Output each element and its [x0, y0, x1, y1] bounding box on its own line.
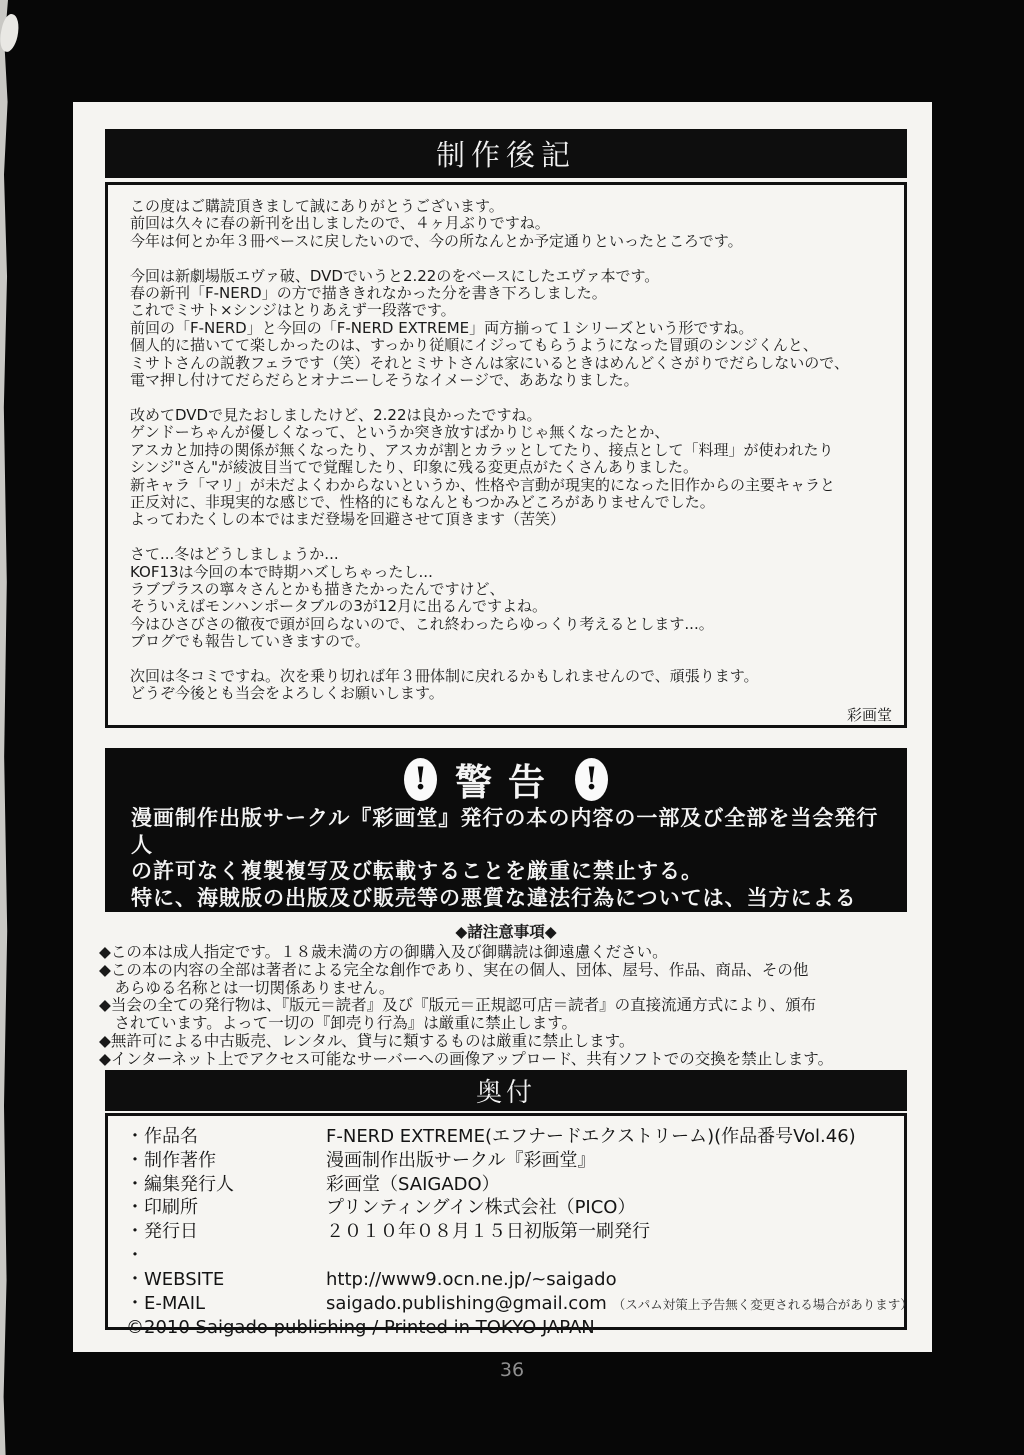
colophon-value: 彩画堂（SAIGADO）: [326, 1173, 888, 1197]
colophon-value: [326, 1244, 888, 1268]
warning-title: ! 警告 !: [105, 755, 907, 803]
colophon-value: saigado.publishing@gmail.com（スパム対策上予告無く変…: [326, 1292, 913, 1317]
email-address: saigado.publishing@gmail.com: [326, 1293, 607, 1314]
colophon-rows: ・作品名 F-NERD EXTREME(エフナードエクストリーム)(作品番号Vo…: [108, 1116, 904, 1340]
warning-title-text: 警告: [439, 752, 561, 806]
notices-section: ◆諸注意事項◆ ◆この本は成人指定です。１８歳未満の方の御購入及び御購読は御遠慮…: [99, 920, 913, 1069]
colophon-label: ・印刷所: [126, 1196, 326, 1220]
colophon-label: ・WEBSITE: [126, 1268, 326, 1292]
notices-header: ◆諸注意事項◆: [99, 920, 913, 942]
colophon-label: ・発行日: [126, 1220, 326, 1244]
afterword-body: この度はご購読頂きまして誠にありがとうございます。 前回は久々に春の新刊を出しま…: [108, 185, 904, 703]
colophon-label: ・作品名: [126, 1125, 326, 1149]
colophon-label: ・制作著作: [126, 1149, 326, 1173]
email-note: （スパム対策上予告無く変更される場合があります）: [613, 1297, 913, 1312]
afterword-header: 制作後記: [105, 129, 907, 178]
colophon-value: http://www9.ocn.ne.jp/~saigado: [326, 1268, 888, 1292]
colophon-label: ・: [126, 1244, 326, 1268]
colophon-value: 漫画制作出版サークル『彩画堂』: [326, 1149, 888, 1173]
colophon-value: プリンティングイン株式会社（PICO）: [326, 1196, 888, 1220]
copyright-line: ©2010 Saigado publishing / Printed in TO…: [126, 1316, 888, 1340]
afterword-title: 制作後記: [436, 133, 576, 174]
page-number: 36: [0, 1359, 1024, 1381]
scanned-page: { "afterword": { "title": "制作後記", "body"…: [0, 0, 1024, 1455]
colophon-value: ２０１０年０８月１５日初版第一刷発行: [326, 1220, 888, 1244]
colophon-label: ・編集発行人: [126, 1173, 326, 1197]
scan-edge-artifact: [0, 0, 8, 1455]
document-page: 制作後記 この度はご購読頂きまして誠にありがとうございます。 前回は久々に春の新…: [73, 102, 932, 1352]
colophon-row: ・E-MAIL saigado.publishing@gmail.com（スパム…: [126, 1292, 888, 1317]
colophon-row: ・編集発行人 彩画堂（SAIGADO）: [126, 1173, 888, 1197]
exclamation-icon: !: [575, 758, 608, 801]
afterword-signature: 彩画堂: [108, 704, 904, 725]
colophon-value: F-NERD EXTREME(エフナードエクストリーム)(作品番号Vol.46): [326, 1125, 888, 1149]
notices-body: ◆この本は成人指定です。１８歳未満の方の御購入及び御購読は御遠慮ください。 ◆こ…: [99, 944, 913, 1069]
colophon-row: ・発行日 ２０１０年０８月１５日初版第一刷発行: [126, 1220, 888, 1244]
colophon-label: ・E-MAIL: [126, 1292, 326, 1317]
colophon-box: ・作品名 F-NERD EXTREME(エフナードエクストリーム)(作品番号Vo…: [105, 1113, 907, 1330]
exclamation-icon: !: [404, 758, 437, 801]
colophon-row: ・WEBSITE http://www9.ocn.ne.jp/~saigado: [126, 1268, 888, 1292]
colophon-header: 奥付: [105, 1070, 907, 1111]
warning-body: 漫画制作出版サークル『彩画堂』発行の本の内容の一部及び全部を当会発行人 の許可な…: [105, 803, 907, 912]
warning-box: ! 警告 ! 漫画制作出版サークル『彩画堂』発行の本の内容の一部及び全部を当会発…: [105, 748, 907, 912]
colophon-title: 奥付: [476, 1072, 536, 1109]
colophon-row: ・: [126, 1244, 888, 1268]
colophon-row: ・制作著作 漫画制作出版サークル『彩画堂』: [126, 1149, 888, 1173]
afterword-box: この度はご購読頂きまして誠にありがとうございます。 前回は久々に春の新刊を出しま…: [105, 182, 907, 728]
colophon-row: ・作品名 F-NERD EXTREME(エフナードエクストリーム)(作品番号Vo…: [126, 1125, 888, 1149]
colophon-row: ・印刷所 プリンティングイン株式会社（PICO）: [126, 1196, 888, 1220]
